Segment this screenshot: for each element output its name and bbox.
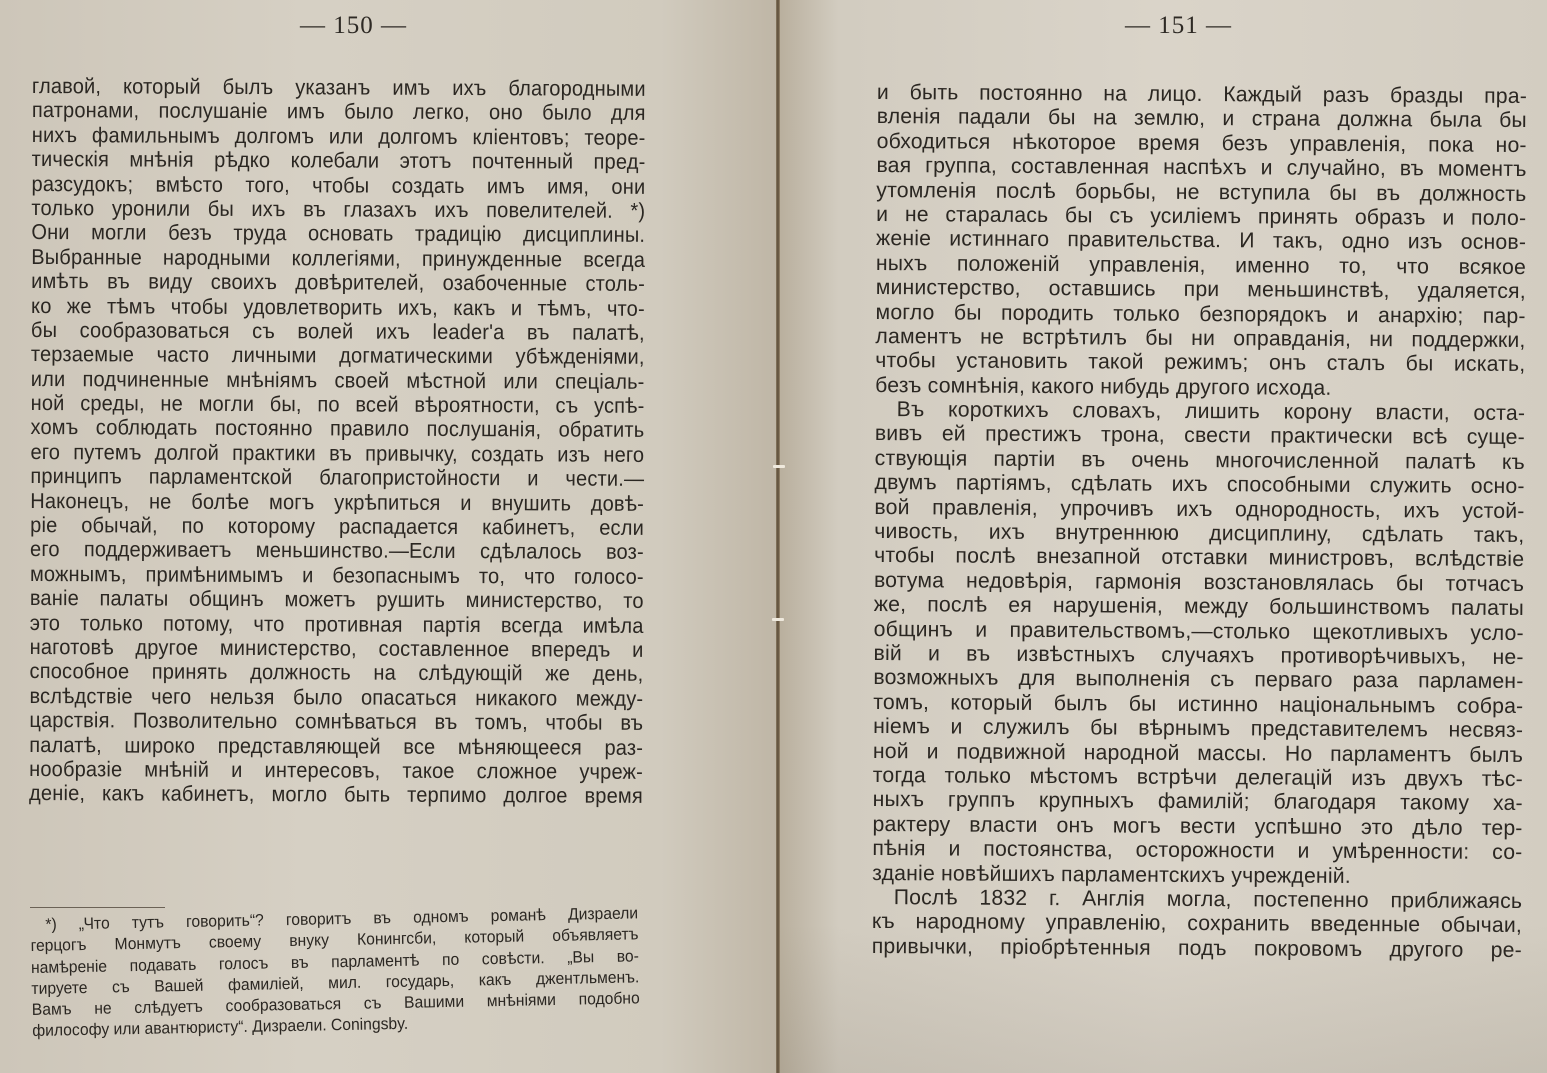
text-line: двумъ партіямъ, сдѣлать ихъ способными с… — [875, 470, 1525, 498]
text-line: это только потому, что противная партія … — [30, 611, 644, 638]
left-page-body: главой, который былъ указанъ имъ ихъ бла… — [29, 74, 646, 809]
right-page: — 151 — и быть постоянно на лицо. Каждый… — [777, 0, 1547, 1073]
text-line: министерство, оставшись при меньшинствѣ,… — [876, 275, 1526, 303]
text-line: ріе обычай, по которому распадается каби… — [30, 513, 644, 540]
text-line: вслѣдствіе чего нельзя было опасаться ни… — [29, 684, 643, 711]
text-line: бы сообразоваться съ волей ихъ leader'а … — [31, 318, 645, 345]
text-line: патронами, послушаніе имъ было легко, он… — [32, 98, 646, 125]
book-spread: — 150 — главой, который былъ указанъ имъ… — [0, 0, 1547, 1073]
text-line: женіе истиннаго правительства. И такъ, о… — [876, 226, 1526, 254]
text-line: Наконецъ, не болѣе могъ укрѣпиться и вну… — [30, 489, 644, 516]
text-line: палатѣ, широко представляющей все мѣняющ… — [29, 733, 643, 760]
page-number: — 151 — — [1125, 12, 1232, 40]
text-line: пѣнія и постоянства, осторожности и умѣр… — [872, 836, 1522, 864]
binding-stitch — [773, 465, 785, 468]
text-line: нообразіе мнѣній и интересовъ, такое сло… — [29, 757, 643, 784]
binding-stitch — [772, 618, 784, 621]
page-number: — 150 — — [300, 12, 407, 40]
text-line: способное принять должность на слѣдующій… — [30, 659, 644, 686]
text-line: только уронили бы ихъ въ глазахъ ихъ пов… — [31, 196, 645, 223]
text-line: ныхъ группъ крупныхъ фамилій; благодаря … — [873, 787, 1523, 815]
text-line: ваніе палаты общинъ можетъ рушить минист… — [30, 586, 644, 613]
text-line: чтобы послѣ внезапной отставки министров… — [874, 543, 1524, 571]
text-line: чтобы установить такой режимъ; онъ сталъ… — [875, 348, 1525, 376]
text-line: возможныхъ для выполненія съ перваго раз… — [873, 665, 1523, 693]
text-line: его путемъ долгой практики въ привычку, … — [30, 440, 644, 467]
text-line: можнымъ, примѣнимымъ и безопаснымъ то, ч… — [30, 562, 644, 589]
text-line: его поддерживаетъ меньшинство.—Если сдѣл… — [30, 537, 644, 564]
text-line: или подчиненные мнѣніямъ своей мѣстной и… — [31, 367, 645, 394]
text-line: же, послѣ ея нарушенія, между большинств… — [874, 592, 1524, 620]
text-line: ко же тѣмъ чтобы удовлетворить ихъ, какъ… — [31, 294, 645, 321]
text-line: главой, который былъ указанъ имъ ихъ бла… — [32, 74, 646, 101]
text-line: хомъ соблюдать постоянно правило послуша… — [31, 415, 645, 442]
text-line: разсудокъ; вмѣсто того, чтобы создать им… — [32, 172, 646, 199]
text-line: ніемъ и служилъ бы вѣрнымъ представителе… — [873, 714, 1523, 742]
footnote: *) „Что тутъ говорить“? говоритъ въ одно… — [30, 903, 640, 1042]
text-line: Они могли безъ труда основать традицію д… — [31, 220, 645, 247]
text-line: имѣть въ виду своихъ довѣрителей, озабоч… — [31, 269, 645, 296]
text-line: нихъ фамильнымъ долгомъ или долгомъ кліе… — [32, 123, 646, 150]
right-page-body: и быть постоянно на лицо. Каждый разъ бр… — [872, 80, 1527, 962]
book-gutter — [776, 0, 780, 1073]
text-line: привычки, пріобрѣтенныя подъ покровомъ д… — [872, 934, 1522, 962]
text-line: царствія. Позволительно сомнѣваться въ т… — [29, 708, 643, 735]
text-line: наготовѣ другое министерство, составленн… — [30, 635, 644, 662]
left-page: — 150 — главой, который былъ указанъ имъ… — [0, 0, 777, 1073]
text-line: принципъ парламентской благопристойности… — [30, 464, 644, 491]
text-line: деніе, какъ кабинетъ, могло быть терпимо… — [29, 781, 643, 808]
text-line: вая группа, составленная наспѣхъ и случа… — [876, 153, 1526, 181]
footnote-divider — [30, 907, 165, 908]
text-line: ной среды, не могли бы, по всей вѣроятно… — [31, 391, 645, 418]
text-line: Выбранные народными коллегіями, принужде… — [31, 245, 645, 272]
text-line: тическія мнѣнія рѣдко колебали этотъ поч… — [32, 147, 646, 174]
text-line: терзаемые часто личными догматическими у… — [31, 342, 645, 369]
text-line: вленія падали бы на землю, и страна долж… — [877, 104, 1527, 132]
text-line: къ народному управленію, сохранить введе… — [872, 909, 1522, 937]
